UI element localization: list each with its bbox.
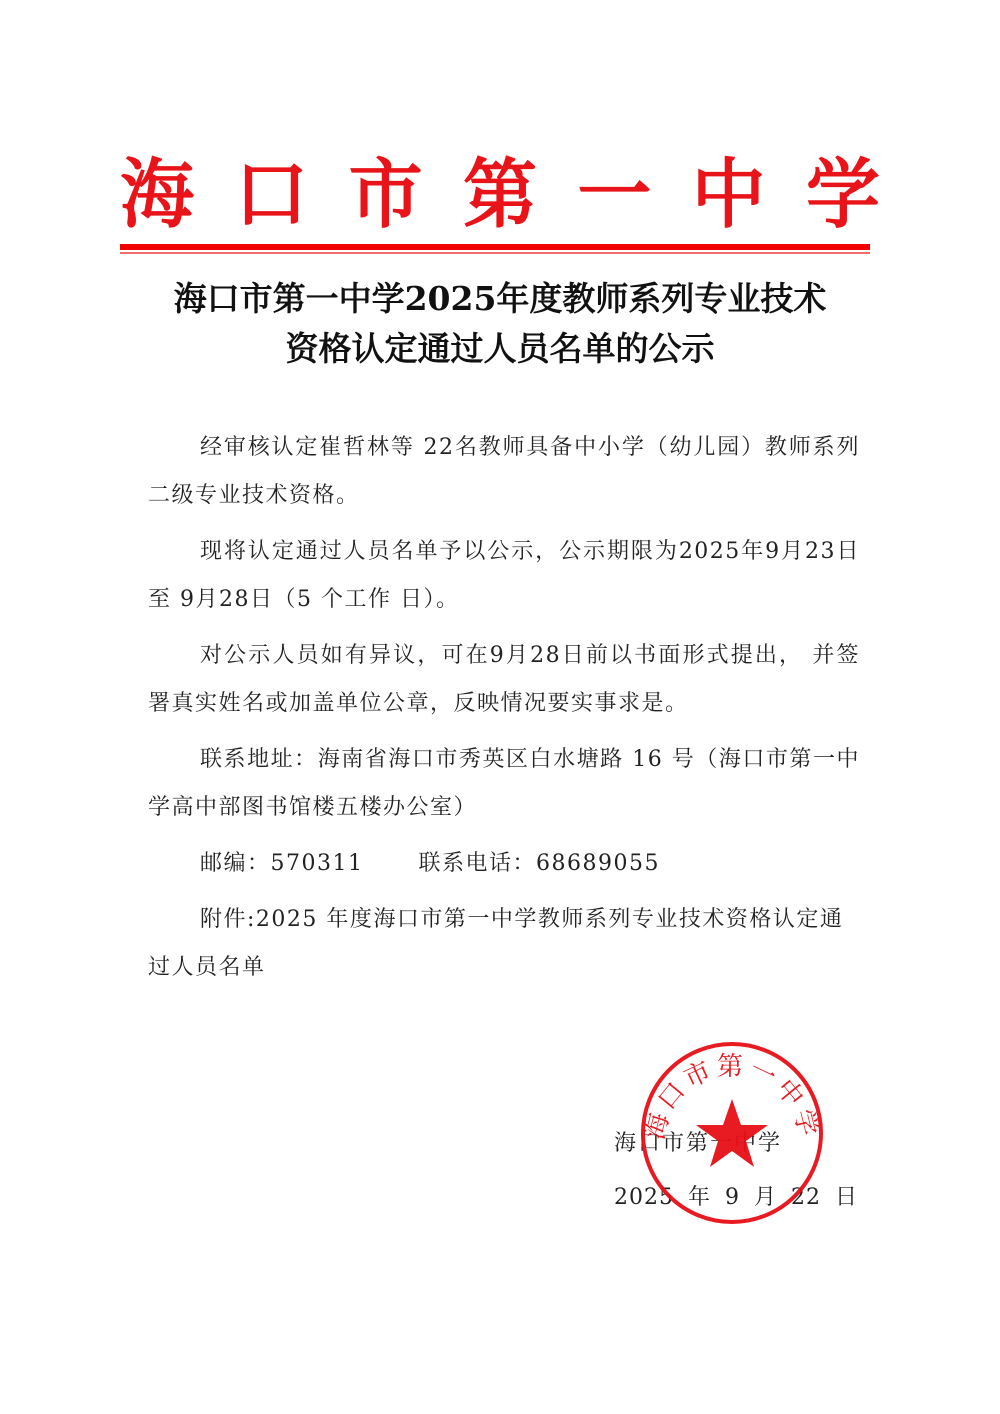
masthead-char: 学 xyxy=(806,149,880,241)
paragraph-attachment: 附件:2025 年度海口市第一中学教师系列专业技术资格认定通过人员名单 xyxy=(148,896,860,992)
document-body: 经审核认定崔哲林等 22名教师具备中小学（幼儿园）教师系列二级专业技术资格。 现… xyxy=(148,424,860,1000)
phone-label: 联系电话： xyxy=(419,851,537,876)
paragraph-address: 联系地址：海南省海口市秀英区白水塘路 16 号（海口市第一中学高中部图书馆楼五楼… xyxy=(148,736,860,832)
paragraph-contact: 邮编：570311 联系电话：68689055 xyxy=(148,840,860,888)
masthead-char: 市 xyxy=(349,149,423,241)
red-rule-thick xyxy=(120,244,870,250)
title-line-2: 资格认定通过人员名单的公示 xyxy=(0,324,1000,374)
postcode-value: 570311 xyxy=(271,851,364,876)
paragraph-certification: 经审核认定崔哲林等 22名教师具备中小学（幼儿园）教师系列二级专业技术资格。 xyxy=(148,424,860,520)
document-title: 海口市第一中学2025年度教师系列专业技术 资格认定通过人员名单的公示 xyxy=(0,274,1000,374)
postcode-label: 邮编： xyxy=(200,851,271,876)
masthead-char: 中 xyxy=(692,149,766,241)
masthead-char: 海 xyxy=(120,149,194,241)
title-line-1: 海口市第一中学2025年度教师系列专业技术 xyxy=(0,274,1000,324)
masthead-char: 口 xyxy=(234,149,308,241)
masthead-char: 一 xyxy=(577,149,651,241)
masthead-school-name: 海 口 市 第 一 中 学 xyxy=(120,150,880,240)
red-rule-thin xyxy=(120,252,870,254)
paragraph-objection: 对公示人员如有异议，可在9月28日前以书面形式提出， 并签署真实姓名或加盖单位公… xyxy=(148,632,860,728)
signature-date: 2025 年 9 月 22 日 xyxy=(614,1178,858,1218)
phone-value: 68689055 xyxy=(536,851,660,876)
masthead-char: 第 xyxy=(463,149,537,241)
signature-org: 海口市第一中学 xyxy=(614,1124,782,1164)
paragraph-publicity-period: 现将认定通过人员名单予以公示，公示期限为2025年9月23日至 9月28日（5 … xyxy=(148,528,860,624)
